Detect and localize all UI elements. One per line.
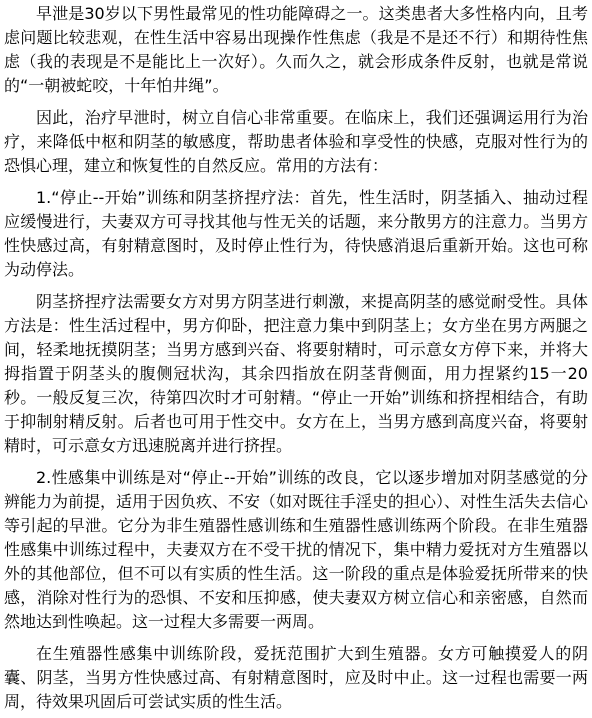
document-page: 早泄是30岁以下男性最常见的性功能障碍之一。这类患者大多性格内向，且考虑问题比较… xyxy=(0,0,592,718)
paragraph-treatment-principle: 因此，治疗早泄时，树立自信心非常重要。在临床上，我们还强调运用行为治疗，来降低中… xyxy=(4,106,588,178)
paragraph-intro: 早泄是30岁以下男性最常见的性功能障碍之一。这类患者大多性格内向，且考虑问题比较… xyxy=(4,2,588,98)
article-body: 早泄是30岁以下男性最常见的性功能障碍之一。这类患者大多性格内向，且考虑问题比较… xyxy=(4,2,588,714)
paragraph-method-2-detail: 在生殖器性感集中训练阶段，爱抚范围扩大到生殖器。女方可触摸爱人的阴囊、阴茎，当男… xyxy=(4,642,588,714)
paragraph-method-2: 2.性感集中训练是对“停止--开始”训练的改良，它以逐步增加对阴茎感觉的分辨能力… xyxy=(4,466,588,634)
paragraph-method-1: 1.“停止--开始”训练和阴茎挤捏疗法：首先，性生活时，阴茎插入、抽动过程应缓慢… xyxy=(4,186,588,282)
paragraph-method-1-detail: 阴茎挤捏疗法需要女方对男方阴茎进行刺激，来提高阴茎的感觉耐受性。具体方法是：性生… xyxy=(4,290,588,458)
